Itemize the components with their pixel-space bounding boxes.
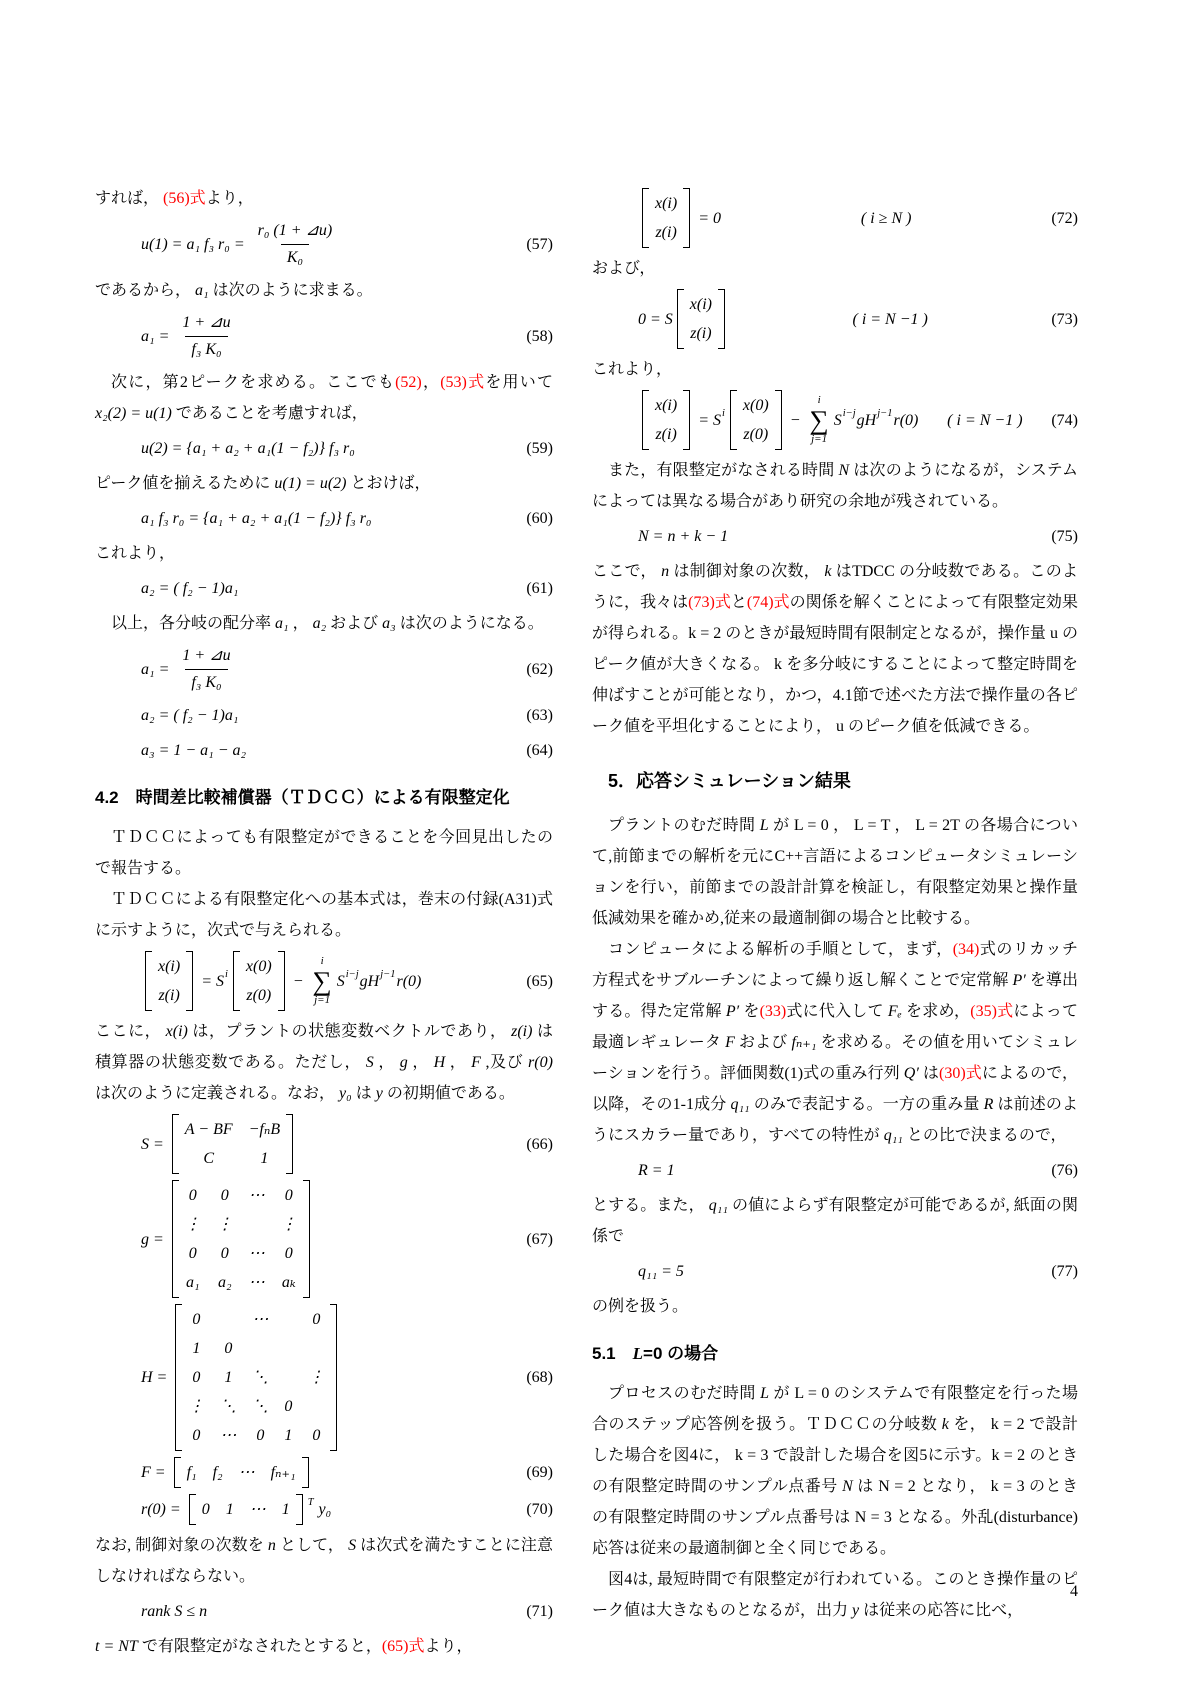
- matrix-cell: A − BF: [185, 1115, 233, 1144]
- equation-reference: (53)式: [440, 374, 485, 391]
- superscript: j−1: [877, 398, 892, 429]
- equation-text: H =: [141, 1362, 171, 1393]
- matrix-cell: ⋱: [252, 1363, 268, 1392]
- equation-condition: ( i = N −1 ): [947, 405, 1022, 436]
- equation-body: a₂ = ( f₂ − 1)a₁: [141, 700, 238, 731]
- paragraph: であるから， a₁ は次のように求まる。: [95, 275, 553, 306]
- numerator: 1 + ⊿u: [176, 310, 236, 336]
- matrix: 00⋯0⋮⋮⋮00⋯0a₁a₂⋯aₖ: [172, 1179, 310, 1299]
- equation-text: N = n + k − 1: [638, 521, 728, 552]
- text-run: で有限整定がなされたとすると，: [138, 1638, 382, 1655]
- equation-body: N = n + k − 1: [638, 521, 728, 552]
- matrix-bracket-right: [683, 188, 690, 248]
- matrix-cell: 0: [192, 1363, 200, 1392]
- matrix-bracket-left: [642, 188, 649, 248]
- text-run: 次に，第2ピークを求める。ここでも: [111, 374, 395, 391]
- superscript: i: [225, 959, 228, 990]
- text-run: ここに，: [95, 1023, 166, 1040]
- equation: r(0) = 01⋯1T y₀(70): [95, 1493, 553, 1526]
- matrix-cell: x(i): [158, 952, 180, 981]
- text-run: Q′: [904, 1065, 919, 1082]
- equation-reference: (35)式: [970, 1003, 1013, 1020]
- matrix-cell: z(0): [246, 981, 271, 1010]
- matrix-cell: C: [203, 1144, 214, 1173]
- equation-reference: (73)式: [688, 594, 731, 611]
- matrix-cell: z(i): [655, 218, 676, 247]
- text-run: 式に代入して: [786, 1003, 888, 1020]
- text-run: L: [760, 1385, 769, 1402]
- paragraph: の例を扱う。: [592, 1291, 1078, 1322]
- matrix-cell: 0: [221, 1181, 229, 1210]
- text-run: a₂: [313, 615, 327, 632]
- denominator: K₀: [281, 244, 309, 271]
- equation-reference: (34): [953, 941, 980, 958]
- text-run: a₁: [195, 282, 209, 299]
- equation-number: (65): [526, 966, 553, 997]
- text-run: との比で決まるので，: [903, 1127, 1067, 1144]
- equation-number: (76): [1051, 1155, 1078, 1186]
- text-run: R: [984, 1096, 994, 1113]
- equation-number: (72): [1051, 203, 1078, 234]
- matrix-cells: 0⋯01001⋱⋮⋮⋱⋱00⋯010: [182, 1303, 330, 1452]
- fraction: r₀ (1 + ⊿u)K₀: [252, 218, 339, 271]
- superscript: T: [308, 1487, 314, 1518]
- equation-text: r(0): [893, 405, 918, 436]
- matrix-cell: 1: [226, 1495, 234, 1524]
- matrix-bracket-left: [677, 289, 684, 349]
- equation-reference: (33): [760, 1003, 787, 1020]
- matrix-cells: x(0)z(0): [737, 389, 775, 451]
- equation-number: (62): [526, 654, 553, 685]
- text-run: であるから，: [95, 282, 195, 299]
- matrix-bracket-right: [683, 390, 690, 450]
- text-run: =0 の場合: [643, 1344, 718, 1363]
- equation-number: (64): [526, 735, 553, 766]
- superscript: i: [722, 398, 725, 429]
- matrix: x(i)z(i): [642, 389, 690, 451]
- paragraph: ここに， x(i) は，プラントの状態変数ベクトルであり， z(i) は積算器の…: [95, 1016, 553, 1109]
- text-run: n: [661, 563, 669, 580]
- equation-number: (70): [526, 1494, 553, 1525]
- matrix-bracket-right: [330, 1304, 337, 1451]
- equation-number: (59): [526, 433, 553, 464]
- paragraph: プロセスのむだ時間 L が L = 0 のシステムで有限整定を行った場合のステッ…: [592, 1378, 1078, 1564]
- text-run: ，: [289, 615, 313, 632]
- matrix-cells: A − BF−fₙBC1: [179, 1113, 286, 1175]
- matrix-cell: x(i): [655, 391, 677, 420]
- matrix-cell: ⋮: [308, 1363, 324, 1392]
- equation: x(i)z(i) = Six(0)z(0) − i∑j=1Si−jgHj−1r(…: [592, 389, 1078, 451]
- equation-text: y₀: [315, 1494, 332, 1525]
- matrix-cell: 0: [192, 1421, 200, 1450]
- equation-text: a₃ = 1 − a₁ − a₂: [141, 735, 246, 766]
- equation: F = f₁f₂⋯fₙ₊₁(69): [95, 1456, 553, 1489]
- equation-condition: ( i = N −1 ): [852, 304, 927, 335]
- text-run: これより，: [592, 361, 672, 378]
- matrix-cell: ⋱: [252, 1392, 268, 1421]
- matrix-cell: x(0): [246, 952, 272, 981]
- text-run: の関係を解くことによって有限整定効果が得られる。k = 2 のときが最短時間有限…: [592, 594, 1078, 735]
- matrix-cell: ⋮: [188, 1392, 204, 1421]
- equation: 0 = Sx(i)z(i)( i = N −1 )(73): [592, 288, 1078, 350]
- section-heading: 5．応答シミュレーション結果: [592, 768, 1078, 794]
- matrix-cell: 1: [224, 1363, 232, 1392]
- denominator: f₃ K₀: [185, 336, 227, 363]
- paragraph: プラントのむだ時間 L が L = 0 ， L = T ， L = 2T の各場…: [592, 810, 1078, 934]
- equation-body: x(i)z(i) = 0: [638, 187, 721, 249]
- matrix-cell: z(i): [158, 981, 179, 1010]
- text-run: とする。また，: [592, 1197, 709, 1214]
- equation: R = 1(76): [592, 1155, 1078, 1186]
- text-run: として，: [276, 1537, 348, 1554]
- text-run: プロセスのむだ時間: [608, 1385, 760, 1402]
- matrix-bracket-right: [296, 1494, 303, 1525]
- paragraph: これより，: [95, 538, 553, 569]
- equation-text: a₂ = ( f₂ − 1)a₁: [141, 573, 238, 604]
- text-run: は: [919, 1065, 939, 1082]
- matrix-bracket-right: [718, 289, 725, 349]
- equation: q₁₁ = 5(77): [592, 1256, 1078, 1287]
- sum-lower-limit: j=1: [811, 433, 827, 446]
- right-column: x(i)z(i) = 0( i ≥ N )(72)および，0 = Sx(i)z(…: [592, 183, 1078, 1626]
- text-run: の例を扱う。: [592, 1298, 688, 1315]
- matrix: 01⋯1: [189, 1493, 303, 1526]
- text-run: は従来の応答に比べ，: [859, 1602, 1023, 1619]
- text-run: 5.1: [592, 1344, 633, 1363]
- equation-body: x(i)z(i) = Six(0)z(0) − i∑j=1Si−jgHj−1r(…: [638, 389, 918, 451]
- text-run: r(0): [528, 1054, 553, 1071]
- paragraph: ここで， n は制御対象の次数， k はTDCC の分岐数である。このように，我…: [592, 556, 1078, 742]
- paragraph: これより，: [592, 354, 1078, 385]
- equation: a₃ = 1 − a₁ − a₂(64): [95, 735, 553, 766]
- text-run: コンピュータによる解析の手順として，まず，: [608, 941, 953, 958]
- equation-text: a₁ =: [141, 654, 173, 685]
- equation-text: q₁₁ = 5: [638, 1256, 684, 1287]
- matrix-cell: 0: [256, 1421, 264, 1450]
- text-run: N: [842, 1478, 853, 1495]
- equation-body: R = 1: [638, 1155, 675, 1186]
- equation-number: (60): [526, 503, 553, 534]
- text-run: F: [471, 1054, 481, 1071]
- matrix-cells: 00⋯0⋮⋮⋮00⋯0a₁a₂⋯aₖ: [179, 1179, 303, 1299]
- text-run: と: [731, 594, 747, 611]
- fraction: 1 + ⊿uf₃ K₀: [176, 643, 236, 696]
- matrix-cell: x(i): [655, 189, 677, 218]
- text-run: および: [326, 615, 382, 632]
- matrix-bracket-left: [233, 951, 240, 1011]
- equation-number: (58): [526, 321, 553, 352]
- text-run: a₃: [382, 615, 396, 632]
- text-run: L: [760, 817, 769, 834]
- equation-text: = S: [197, 966, 224, 997]
- matrix-cells: f₁f₂⋯fₙ₊₁: [181, 1456, 302, 1489]
- matrix-cell: 0: [312, 1421, 320, 1450]
- text-run: より，: [206, 190, 254, 207]
- equation: rank S ≤ n(71): [95, 1596, 553, 1627]
- matrix-bracket-right: [286, 1114, 293, 1174]
- text-run: の初期値である。: [383, 1085, 515, 1102]
- text-run: より，: [425, 1638, 473, 1655]
- text-run: ，: [374, 1054, 400, 1071]
- text-run: ＴＤＣＣによる有限整定化への基本式は，巻末の付録(A31)式に示すように，次式で…: [95, 891, 553, 939]
- superscript: i−j: [843, 398, 856, 429]
- matrix: x(i)z(i): [677, 288, 725, 350]
- fraction: 1 + ⊿uf₃ K₀: [176, 310, 236, 363]
- paragraph: 次に，第2ピークを求める。ここでも(52)，(53)式を用いて x₂(2) = …: [95, 367, 553, 429]
- paragraph: t = NT で有限整定がなされたとすると，(65)式より，: [95, 1631, 553, 1662]
- matrix-bracket-left: [145, 951, 152, 1011]
- text-run: ，: [445, 1054, 471, 1071]
- matrix-cell: 0: [192, 1305, 200, 1334]
- equation-reference: (74)式: [747, 594, 790, 611]
- matrix-bracket-right: [278, 951, 285, 1011]
- text-run: および: [735, 1034, 792, 1051]
- text-run: なお, 制御対象の次数を: [95, 1537, 268, 1554]
- paragraph: また，有限整定がなされる時間 N は次のようになるが，システムによっては異なる場…: [592, 455, 1078, 517]
- equation-text: S: [337, 966, 345, 997]
- paragraph: なお, 制御対象の次数を n として， S は次式を満たすことに注意しなければな…: [95, 1530, 553, 1592]
- text-run: は次のようになる。: [396, 615, 544, 632]
- matrix-bracket-right: [186, 951, 193, 1011]
- equation-text: S: [834, 405, 842, 436]
- paragraph: すれば， (56)式より，: [95, 183, 553, 214]
- equation-number: (77): [1051, 1256, 1078, 1287]
- matrix-cell: 1: [284, 1421, 292, 1450]
- text-run: Fₑ: [888, 1003, 902, 1020]
- equation-number: (69): [526, 1457, 553, 1488]
- matrix: A − BF−fₙBC1: [172, 1113, 293, 1175]
- text-run: y: [376, 1085, 383, 1102]
- text-run: H: [434, 1054, 446, 1071]
- text-run: q₁₁: [730, 1096, 749, 1113]
- equation-text: a₁ =: [141, 321, 173, 352]
- text-run: であることを考慮すれば，: [172, 405, 368, 422]
- equation: x(i)z(i) = Six(0)z(0) − i∑j=1Si−jgHj−1r(…: [95, 950, 553, 1012]
- paragraph: 以上，各分岐の配分率 a₁ ， a₂ および a₃ は次のようになる。: [95, 608, 553, 639]
- matrix-cell: ⋯: [239, 1458, 255, 1487]
- matrix-cell: 0: [285, 1181, 293, 1210]
- summation: i∑j=1: [312, 955, 331, 1007]
- equation-text: −: [289, 966, 308, 997]
- equation-condition: ( i ≥ N ): [861, 203, 912, 234]
- equation-body: u(2) = {a₁ + a₂ + a₁(1 − f₂)} f₃ r₀: [141, 433, 355, 464]
- paragraph: ＴＤＣＣによる有限整定化への基本式は，巻末の付録(A31)式に示すように，次式で…: [95, 884, 553, 946]
- text-run: ピーク値を揃えるために: [95, 475, 274, 492]
- matrix-cell: 0: [224, 1334, 232, 1363]
- matrix: f₁f₂⋯fₙ₊₁: [174, 1456, 309, 1489]
- equation: a₂ = ( f₂ − 1)a₁(63): [95, 700, 553, 731]
- text-run: g: [400, 1054, 408, 1071]
- matrix-cell: fₙ₊₁: [271, 1458, 296, 1487]
- text-run: を: [739, 1003, 759, 1020]
- equation-text: gH: [857, 405, 877, 436]
- text-run: ここで，: [592, 563, 661, 580]
- text-run: ，: [408, 1054, 434, 1071]
- equation-text: F =: [141, 1457, 170, 1488]
- matrix-cell: z(0): [743, 420, 768, 449]
- matrix-cell: 1: [260, 1144, 268, 1173]
- text-run: x₂(2) = u(1): [95, 405, 172, 422]
- text-run: S: [366, 1054, 374, 1071]
- matrix-cell: ⋮: [281, 1210, 297, 1239]
- equation-body: g = 00⋯0⋮⋮⋮00⋯0a₁a₂⋯aₖ: [141, 1179, 314, 1299]
- equation-body: a₁ = 1 + ⊿uf₃ K₀: [141, 643, 240, 696]
- left-column: すれば， (56)式より，u(1) = a₁ f₃ r₀ = r₀ (1 + ⊿…: [95, 183, 553, 1662]
- text-run: のみで表記する。一方の重み量: [750, 1096, 984, 1113]
- equation-number: (61): [526, 573, 553, 604]
- text-run: P′: [726, 1003, 739, 1020]
- equation-number: (63): [526, 700, 553, 731]
- equation: x(i)z(i) = 0( i ≥ N )(72): [592, 187, 1078, 249]
- matrix: 0⋯01001⋱⋮⋮⋱⋱00⋯010: [175, 1303, 337, 1452]
- section-heading: 4.2 時間差比較補償器（ＴＤＣＣ）による有限整定化: [95, 786, 553, 810]
- equation-number: (75): [1051, 521, 1078, 552]
- text-run: を求め，: [902, 1003, 970, 1020]
- equation-body: a₃ = 1 − a₁ − a₂: [141, 735, 246, 766]
- equation-body: F = f₁f₂⋯fₙ₊₁: [141, 1456, 313, 1489]
- equation-reference: (52): [395, 374, 422, 391]
- matrix-cell: a₁: [186, 1268, 200, 1297]
- equation-number: (66): [526, 1129, 553, 1160]
- equation-text: R = 1: [638, 1155, 675, 1186]
- equation-body: q₁₁ = 5: [638, 1256, 684, 1287]
- matrix-cell: 0: [189, 1239, 197, 1268]
- matrix-cells: x(i)z(i): [684, 288, 718, 350]
- text-run: を用いて: [485, 374, 553, 391]
- equation-number: (71): [526, 1596, 553, 1627]
- equation-text: = 0: [694, 203, 721, 234]
- equation-body: u(1) = a₁ f₃ r₀ = r₀ (1 + ⊿u)K₀: [141, 218, 341, 271]
- equation: S = A − BF−fₙBC1(66): [95, 1113, 553, 1175]
- equation-text: S =: [141, 1129, 168, 1160]
- equation-body: a₁ f₃ r₀ = {a₁ + a₂ + a₁(1 − f₂)} f₃ r₀: [141, 503, 372, 534]
- equation-text: r(0) =: [141, 1494, 185, 1525]
- text-run: u(1) = u(2): [274, 475, 346, 492]
- paragraph: ＴＤＣＣによっても有限整定ができることを今回見出したので報告する。: [95, 822, 553, 884]
- text-run: は制御対象の次数，: [669, 563, 824, 580]
- matrix-bracket-left: [172, 1180, 179, 1298]
- matrix-cell: ⋯: [220, 1421, 236, 1450]
- equation-number: (74): [1051, 405, 1078, 436]
- superscript: j−1: [380, 959, 395, 990]
- matrix-cell: 0: [312, 1305, 320, 1334]
- text-run: N: [839, 462, 850, 479]
- matrix-bracket-right: [303, 1180, 310, 1298]
- equation-text: a₂ = ( f₂ − 1)a₁: [141, 700, 238, 731]
- equation-text: u(2) = {a₁ + a₂ + a₁(1 − f₂)} f₃ r₀: [141, 433, 355, 464]
- text-run: P′: [1013, 972, 1026, 989]
- text-run: ，: [422, 374, 440, 391]
- equation-text: rank S ≤ n: [141, 1596, 207, 1627]
- equation: a₁ = 1 + ⊿uf₃ K₀(58): [95, 310, 553, 363]
- matrix-cells: 01⋯1: [196, 1493, 296, 1526]
- matrix-cell: f₁: [187, 1458, 197, 1487]
- equation: g = 00⋯0⋮⋮⋮00⋯0a₁a₂⋯aₖ(67): [95, 1179, 553, 1299]
- equation-body: H = 0⋯01001⋱⋮⋮⋱⋱00⋯010: [141, 1303, 341, 1452]
- text-run: 4.2 時間差比較補償器（ＴＤＣＣ）による有限整定化: [95, 788, 510, 807]
- equation-body: rank S ≤ n: [141, 1596, 207, 1627]
- equation-text: gH: [360, 966, 380, 997]
- equation-text: u(1) = a₁ f₃ r₀ =: [141, 229, 249, 260]
- text-run: 5．応答シミュレーション結果: [608, 771, 851, 791]
- text-run: z(i): [511, 1023, 532, 1040]
- text-run: は次のように求まる。: [209, 282, 373, 299]
- equation-text: −: [786, 405, 805, 436]
- text-run: プラントのむだ時間: [608, 817, 760, 834]
- matrix-cells: x(0)z(0): [240, 950, 278, 1012]
- text-run: すれば，: [95, 190, 163, 207]
- matrix-cell: ⋯: [250, 1495, 266, 1524]
- equation: a₁ = 1 + ⊿uf₃ K₀(62): [95, 643, 553, 696]
- matrix-cell: ⋮: [185, 1210, 201, 1239]
- text-run: F: [725, 1034, 735, 1051]
- document-page: すれば， (56)式より，u(1) = a₁ f₃ r₀ = r₀ (1 + ⊿…: [0, 0, 1190, 1683]
- matrix: x(0)z(0): [730, 389, 782, 451]
- text-run: L: [633, 1344, 643, 1363]
- matrix-cell: 0: [189, 1181, 197, 1210]
- text-run: k: [942, 1416, 949, 1433]
- equation-reference: (65)式: [382, 1638, 425, 1655]
- equation-number: (57): [526, 229, 553, 260]
- matrix-cell: z(i): [690, 319, 711, 348]
- matrix-bracket-left: [730, 390, 737, 450]
- equation-body: x(i)z(i) = Six(0)z(0) − i∑j=1Si−jgHj−1r(…: [141, 950, 421, 1012]
- matrix-bracket-left: [174, 1457, 181, 1488]
- matrix-cell: 0: [202, 1495, 210, 1524]
- paragraph: 図4は, 最短時間で有限整定が行われている。このとき操作量のピーク値は大きなもの…: [592, 1564, 1078, 1626]
- text-run: 以上，各分岐の配分率: [111, 615, 275, 632]
- matrix-cell: x(i): [690, 290, 712, 319]
- matrix-cell: 1: [192, 1334, 200, 1363]
- matrix-bracket-left: [172, 1114, 179, 1174]
- matrix-cell: x(0): [743, 391, 769, 420]
- matrix-cell: 0: [285, 1239, 293, 1268]
- text-run: y₀: [339, 1085, 352, 1102]
- equation-reference: (56)式: [163, 190, 206, 207]
- equation: a₁ f₃ r₀ = {a₁ + a₂ + a₁(1 − f₂)} f₃ r₀(…: [95, 503, 553, 534]
- text-run: S: [348, 1537, 356, 1554]
- sum-lower-limit: j=1: [314, 994, 330, 1007]
- text-run: q₁₁: [709, 1197, 728, 1214]
- text-run: これより，: [95, 545, 175, 562]
- matrix-cells: x(i)z(i): [649, 187, 683, 249]
- equation: H = 0⋯01001⋱⋮⋮⋱⋱00⋯010(68): [95, 1303, 553, 1452]
- equation-number: (73): [1051, 304, 1078, 335]
- matrix-cell: ⋱: [220, 1392, 236, 1421]
- equation-number: (67): [526, 1224, 553, 1255]
- text-run: また，有限整定がなされる時間: [608, 462, 839, 479]
- matrix: x(i)z(i): [642, 187, 690, 249]
- text-run: k: [824, 563, 831, 580]
- text-run: a₁: [275, 615, 289, 632]
- matrix-cell: 0: [221, 1239, 229, 1268]
- matrix-cell: a₂: [218, 1268, 232, 1297]
- section-heading: 5.1 L=0 の場合: [592, 1342, 1078, 1366]
- paragraph: および，: [592, 253, 1078, 284]
- equation-text: r(0): [396, 966, 421, 997]
- matrix-bracket-right: [775, 390, 782, 450]
- numerator: r₀ (1 + ⊿u): [252, 218, 339, 244]
- equation: u(1) = a₁ f₃ r₀ = r₀ (1 + ⊿u)K₀(57): [95, 218, 553, 271]
- equation-body: S = A − BF−fₙBC1: [141, 1113, 297, 1175]
- text-run: x(i): [166, 1023, 188, 1040]
- text-run: および，: [592, 260, 655, 277]
- matrix: x(i)z(i): [145, 950, 193, 1012]
- text-run: fₙ₊₁: [791, 1034, 816, 1051]
- matrix-cells: x(i)z(i): [152, 950, 186, 1012]
- equation-number: (68): [526, 1362, 553, 1393]
- equation-body: 0 = Sx(i)z(i): [638, 288, 729, 350]
